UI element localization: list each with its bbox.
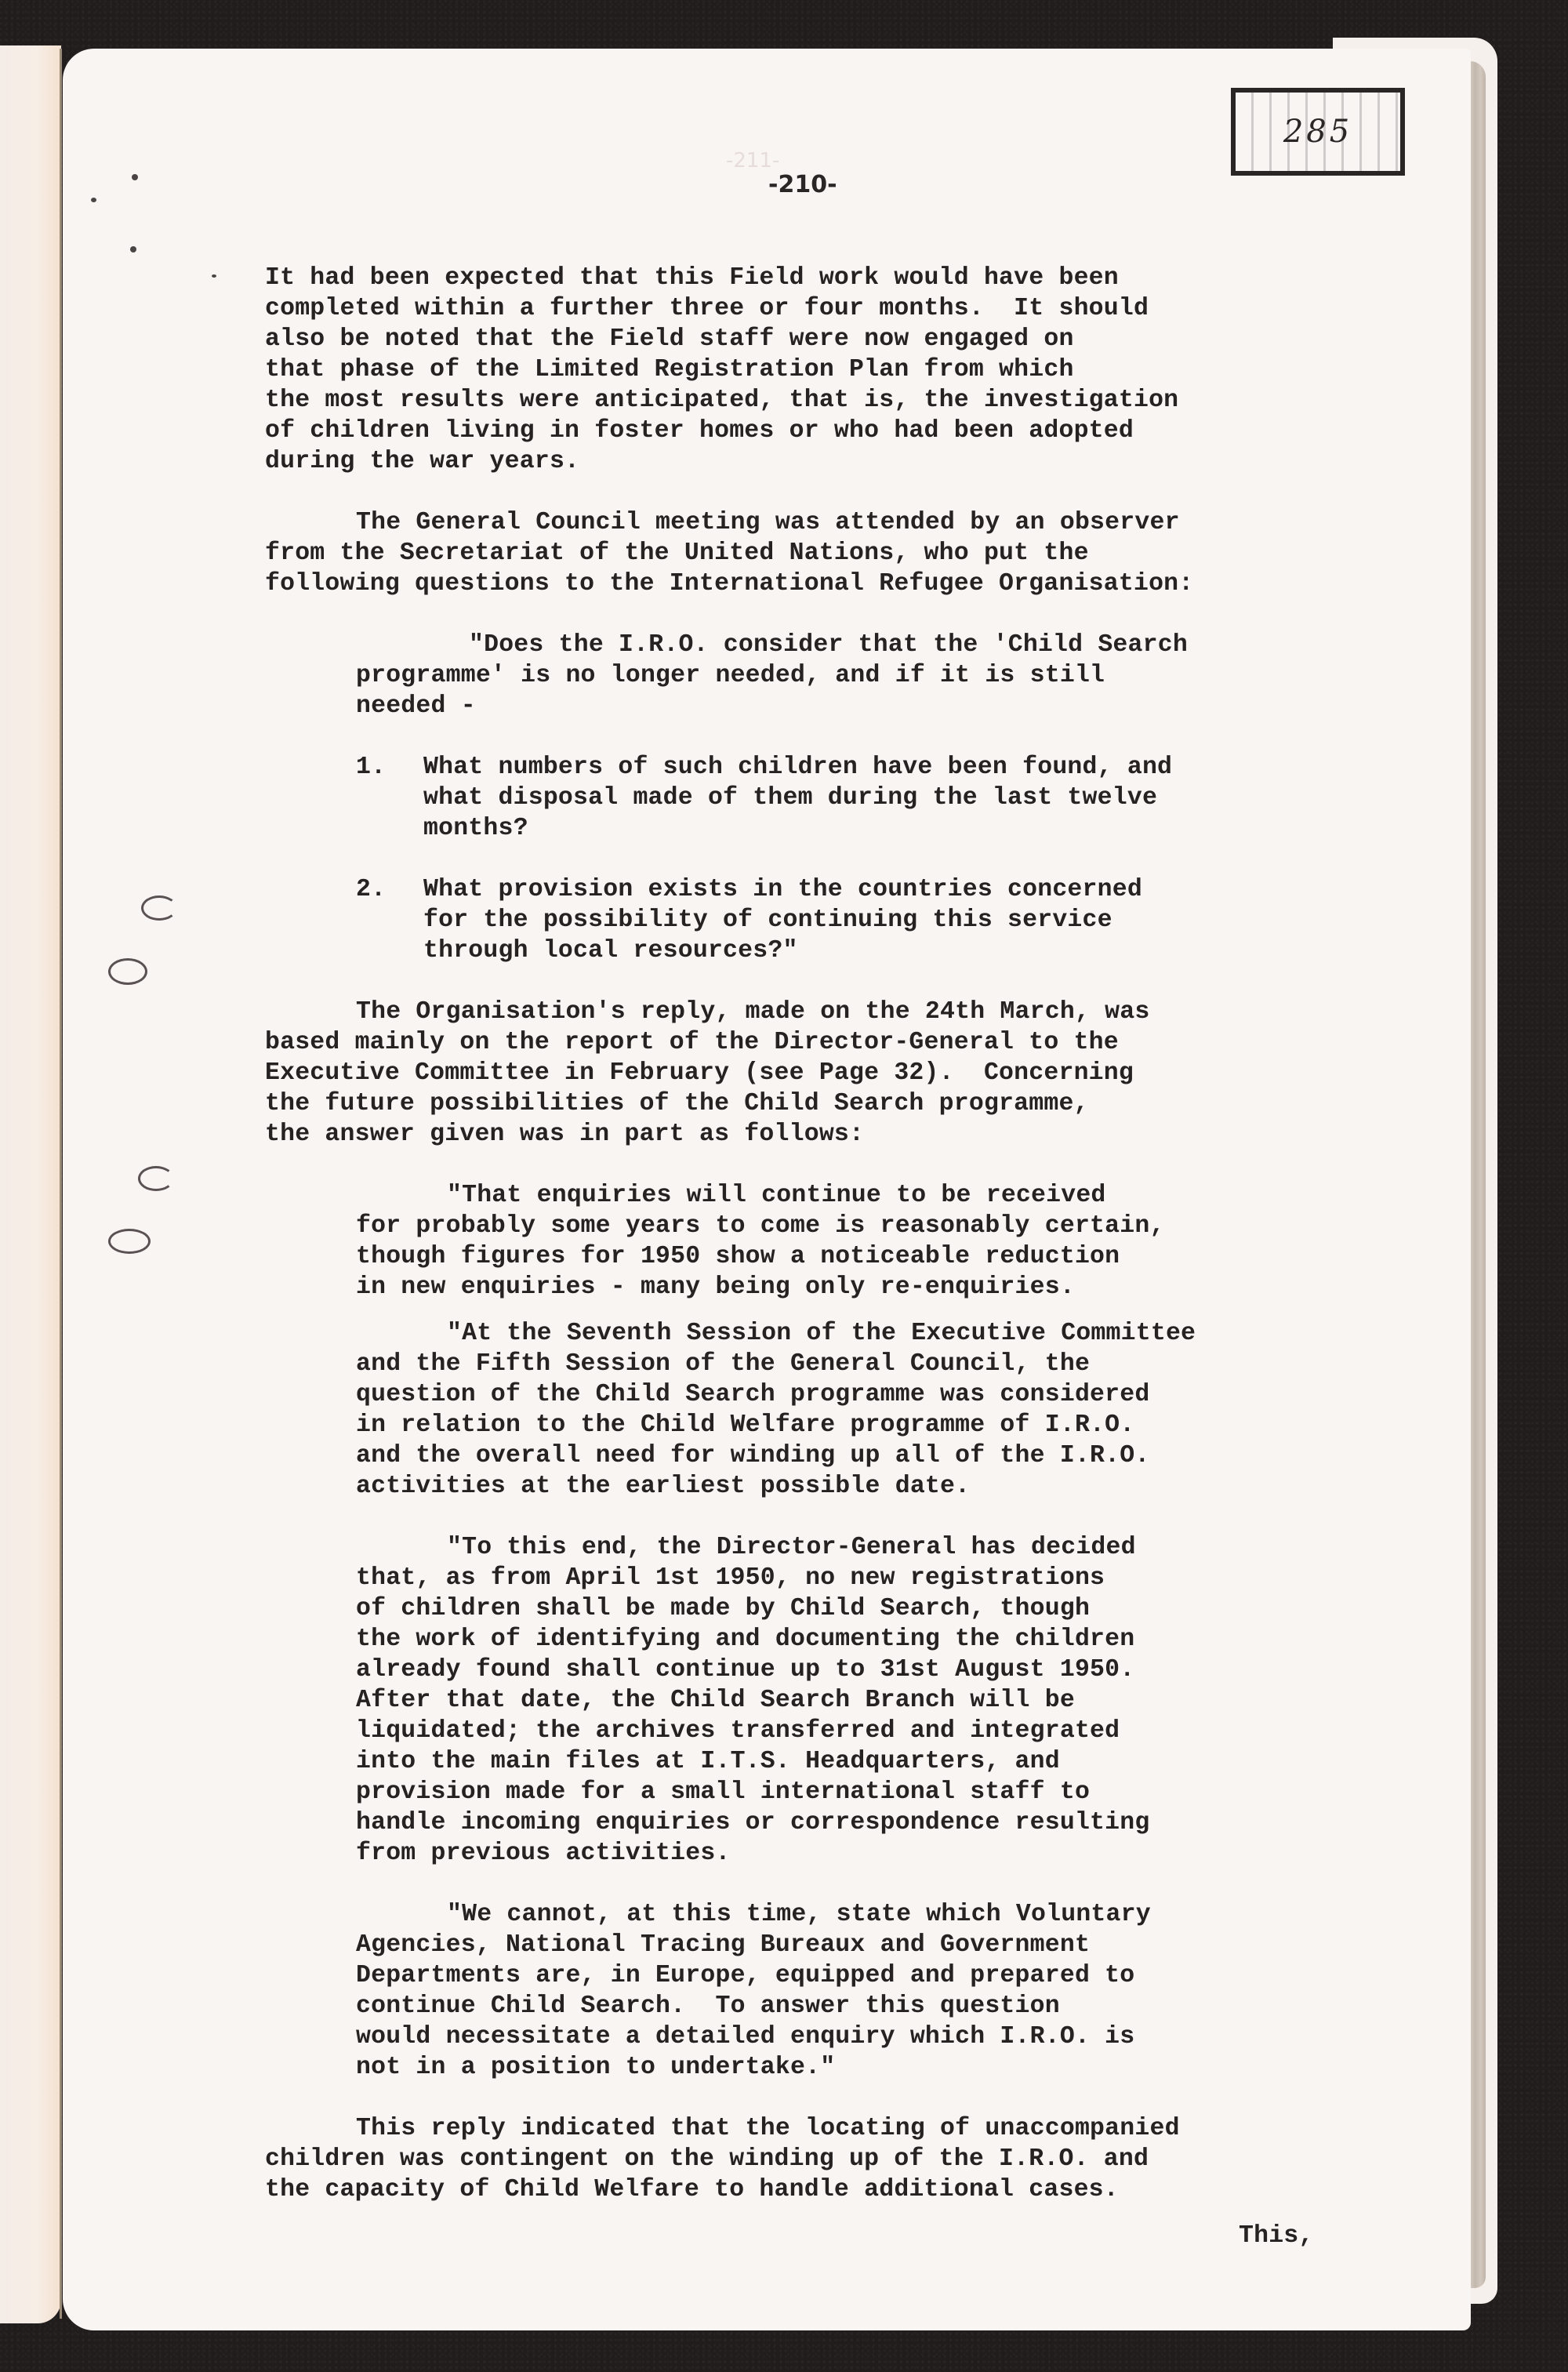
text-line: though figures for 1950 show a noticeabl…: [265, 1241, 1410, 1272]
text-line: from previous activities.: [265, 1838, 1410, 1869]
text-line: would necessitate a detailed enquiry whi…: [265, 2021, 1410, 2052]
binding-hole-mark: [141, 895, 177, 921]
question-number: 1.: [356, 752, 386, 783]
text-line: what disposal made of them during the la…: [265, 783, 1410, 813]
question-number: 2.: [356, 874, 386, 905]
text-line: Executive Committee in February (see Pag…: [265, 1058, 1410, 1088]
paragraph: The General Council meeting was attended…: [265, 507, 1410, 599]
ink-speck: [91, 198, 96, 202]
text-line: continue Child Search. To answer this qu…: [265, 1991, 1410, 2021]
text-line: "At the Seventh Session of the Executive…: [265, 1318, 1410, 1349]
quoted-reply: "We cannot, at this time, state which Vo…: [265, 1899, 1410, 2083]
text-line: during the war years.: [265, 446, 1410, 477]
text-line: question of the Child Search programme w…: [265, 1379, 1410, 1410]
text-line: "To this end, the Director-General has d…: [265, 1532, 1410, 1563]
text-line: into the main files at I.T.S. Headquarte…: [265, 1746, 1410, 1777]
archive-page-stamp: 285: [1231, 88, 1405, 176]
text-line: for probably some years to come is reaso…: [265, 1211, 1410, 1241]
text-line: "That enquiries will continue to be rece…: [265, 1180, 1410, 1211]
page-stack-edge: [1468, 61, 1486, 2288]
text-line: also be noted that the Field staff were …: [265, 324, 1410, 354]
binding-hole-mark: [108, 958, 147, 985]
text-line: that phase of the Limited Registration P…: [265, 354, 1410, 385]
text-line: After that date, the Child Search Branch…: [265, 1685, 1410, 1716]
text-line: children was contingent on the winding u…: [265, 2144, 1410, 2174]
binding-hole-mark: [108, 1229, 151, 1254]
paragraph: This reply indicated that the locating o…: [265, 2113, 1410, 2205]
typewritten-body: It had been expected that this Field wor…: [265, 263, 1410, 2251]
text-line: provision made for a small international…: [265, 1777, 1410, 1807]
paragraph: The Organisation's reply, made on the 24…: [265, 997, 1410, 1150]
text-line: and the overall need for winding up all …: [265, 1440, 1410, 1471]
text-line: handle incoming enquiries or corresponde…: [265, 1807, 1410, 1838]
quoted-reply: "To this end, the Director-General has d…: [265, 1532, 1410, 1869]
text-line: the most results were anticipated, that …: [265, 385, 1410, 416]
paragraph: It had been expected that this Field wor…: [265, 263, 1410, 477]
text-line: The Organisation's reply, made on the 24…: [265, 997, 1410, 1027]
binding-gutter: [60, 49, 62, 2319]
text-line: following questions to the International…: [265, 568, 1410, 599]
text-line: The General Council meeting was attended…: [265, 507, 1410, 538]
text-line: What numbers of such children have been …: [265, 752, 1410, 783]
archive-stamp-number: 285: [1283, 114, 1352, 150]
text-line: the future possibilities of the Child Se…: [265, 1088, 1410, 1119]
catchword: This,: [265, 2221, 1410, 2251]
text-line: that, as from April 1st 1950, no new reg…: [265, 1563, 1410, 1593]
quoted-question: "Does the I.R.O. consider that the 'Chil…: [265, 630, 1410, 721]
text-line: Agencies, National Tracing Bureaux and G…: [265, 1930, 1410, 1960]
text-line: "Does the I.R.O. consider that the 'Chil…: [265, 630, 1410, 660]
text-line: the answer given was in part as follows:: [265, 1119, 1410, 1150]
text-line: the work of identifying and documenting …: [265, 1624, 1410, 1655]
text-line: already found shall continue up to 31st …: [265, 1655, 1410, 1685]
text-line: needed -: [265, 691, 1410, 721]
text-line: in relation to the Child Welfare program…: [265, 1410, 1410, 1440]
binding-hole-mark: [138, 1166, 174, 1191]
text-line: based mainly on the report of the Direct…: [265, 1027, 1410, 1058]
numbered-question: 2. What provision exists in the countrie…: [265, 874, 1410, 966]
text-line: "We cannot, at this time, state which Vo…: [265, 1899, 1410, 1930]
numbered-question: 1. What numbers of such children have be…: [265, 752, 1410, 844]
text-line: in new enquiries - many being only re-en…: [265, 1272, 1410, 1302]
text-line: months?: [265, 813, 1410, 844]
ink-speck: [132, 174, 138, 180]
text-line: What provision exists in the countries c…: [265, 874, 1410, 905]
facing-page-edge: [0, 45, 61, 2323]
text-line: completed within a further three or four…: [265, 293, 1410, 324]
text-line: Departments are, in Europe, equipped and…: [265, 1960, 1410, 1991]
text-line: of children shall be made by Child Searc…: [265, 1593, 1410, 1624]
text-line: This reply indicated that the locating o…: [265, 2113, 1410, 2144]
ink-speck: [130, 246, 136, 252]
text-line: of children living in foster homes or wh…: [265, 416, 1410, 446]
text-line: activities at the earliest possible date…: [265, 1471, 1410, 1502]
text-line: the capacity of Child Welfare to handle …: [265, 2174, 1410, 2205]
text-line: It had been expected that this Field wor…: [265, 263, 1410, 293]
text-line: not in a position to undertake.": [265, 2052, 1410, 2083]
text-line: for the possibility of continuing this s…: [265, 905, 1410, 935]
page-number: -210-: [768, 171, 837, 198]
text-line: programme' is no longer needed, and if i…: [265, 660, 1410, 691]
ink-speck: [212, 274, 216, 278]
text-line: from the Secretariat of the United Natio…: [265, 538, 1410, 568]
text-line: liquidated; the archives transferred and…: [265, 1716, 1410, 1746]
text-line: and the Fifth Session of the General Cou…: [265, 1349, 1410, 1379]
quoted-reply: "At the Seventh Session of the Executive…: [265, 1318, 1410, 1502]
bleed-through-page-number: -211-: [726, 149, 779, 173]
quoted-reply: "That enquiries will continue to be rece…: [265, 1180, 1410, 1302]
text-line: through local resources?": [265, 935, 1410, 966]
